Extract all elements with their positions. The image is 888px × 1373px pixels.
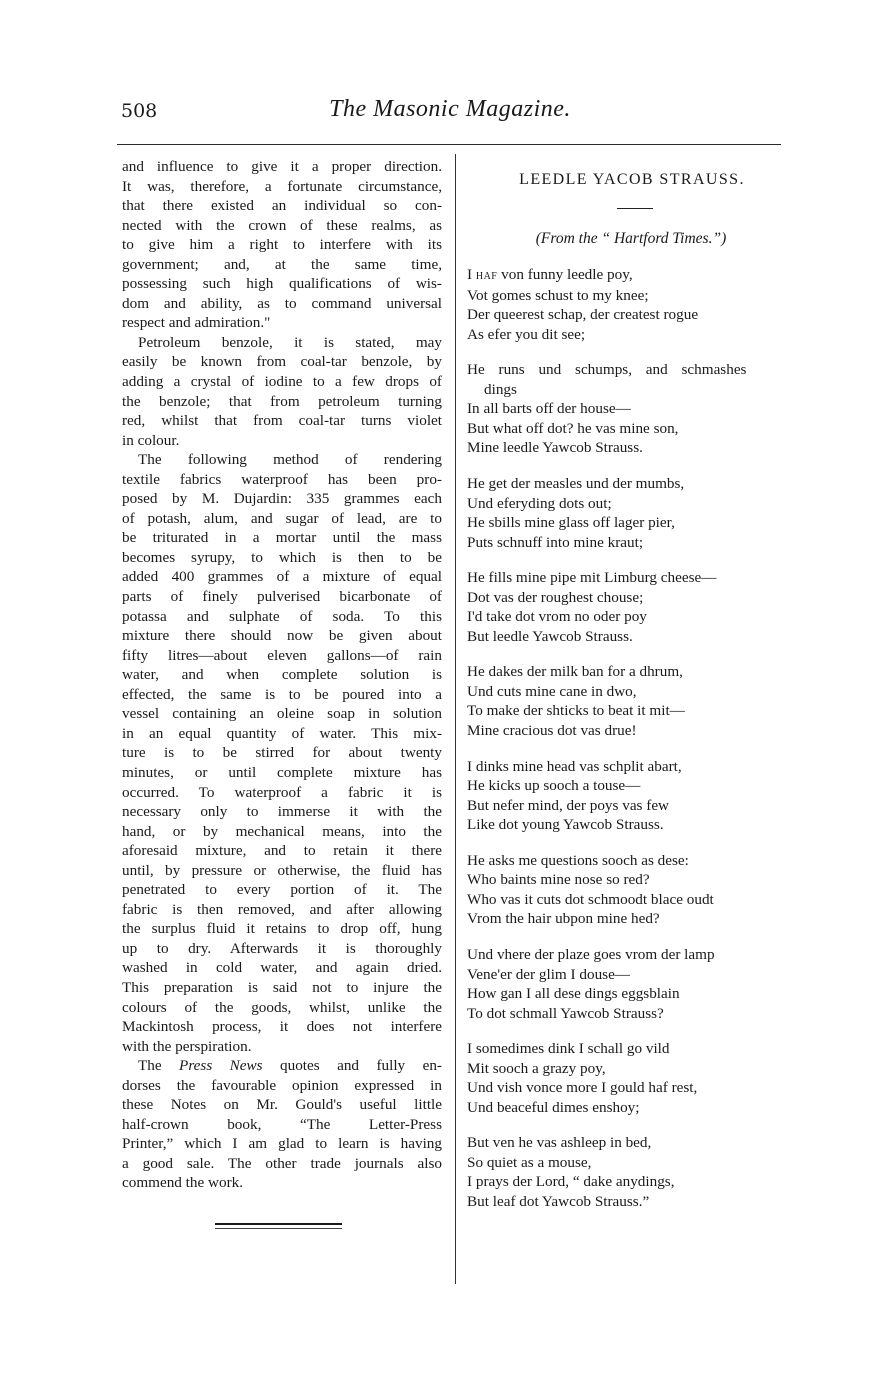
poem-line: Like dot young Yawcob Strauss. xyxy=(467,815,787,835)
text-line: parts of finely pulverised bicarbonate o… xyxy=(122,587,442,607)
poem-line: Vene'er der glim I douse— xyxy=(467,965,787,985)
text-line: The Press News quotes and fully en- xyxy=(122,1056,442,1076)
poem-line: Und cuts mine cane in dwo, xyxy=(467,682,787,702)
poem-line: I prays der Lord, “ dake anydings, xyxy=(467,1172,787,1192)
text-line: ture is to be stirred for about twenty xyxy=(122,743,442,763)
poem-line: In all barts off der house— xyxy=(467,399,787,419)
poem-line: He kicks up sooch a touse— xyxy=(467,776,787,796)
poem-line: But leaf dot Yawcob Strauss.” xyxy=(467,1192,787,1212)
text-line: Petroleum benzole, it is stated, may xyxy=(122,333,442,353)
text-line: easily be known from coal-tar benzole, b… xyxy=(122,352,442,372)
stanza: Und vhere der plaze goes vrom der lampVe… xyxy=(467,945,787,1023)
text-line: these Notes on Mr. Gould's useful little xyxy=(122,1095,442,1115)
poem-line: Und vish vonce more I gould haf rest, xyxy=(467,1078,787,1098)
poem-line: I haf von funny leedle poy, xyxy=(467,265,787,286)
poem-line: He asks me questions sooch as dese: xyxy=(467,851,787,871)
text-line: fabric is then removed, and after allowi… xyxy=(122,900,442,920)
text-line: Printer,” which I am glad to learn is ha… xyxy=(122,1134,442,1154)
text-line: minutes, or until complete mixture has xyxy=(122,763,442,783)
poem-line: dings xyxy=(467,380,787,400)
poem-line: But what off dot? he vas mine son, xyxy=(467,419,787,439)
text-line: in an equal quantity of water. This mix- xyxy=(122,724,442,744)
text-line: the surplus fluid it retains to drop off… xyxy=(122,919,442,939)
text-line: dorses the favourable opinion expressed … xyxy=(122,1076,442,1096)
stanza: He dakes der milk ban for a dhrum,Und cu… xyxy=(467,662,787,740)
end-rule-thick xyxy=(215,1223,342,1225)
text-line: fifty litres—about eleven gallons—of rai… xyxy=(122,646,442,666)
text-line: government; and, at the same time, xyxy=(122,255,442,275)
poem-line: Vot gomes schust to my knee; xyxy=(467,286,787,306)
text-line: The following method of rendering xyxy=(122,450,442,470)
text-line: added 400 grammes of a mixture of equal xyxy=(122,567,442,587)
poem-line: I'd take dot vrom no oder poy xyxy=(467,607,787,627)
poem-line: So quiet as a mouse, xyxy=(467,1153,787,1173)
page-number: 508 xyxy=(121,100,157,122)
poem-line: Mine cracious dot vas drue! xyxy=(467,721,787,741)
right-column: LEEDLE YACOB STRAUSS. (From the “ Hartfo… xyxy=(467,170,787,1212)
text-line: becomes syrupy, to which is then to be xyxy=(122,548,442,568)
text-line: effected, the same is to be poured into … xyxy=(122,685,442,705)
text-line: vessel containing an oleine soap in solu… xyxy=(122,704,442,724)
text-line: a good sale. The other trade journals al… xyxy=(122,1154,442,1174)
poem-line: To make der shticks to beat it mit— xyxy=(467,701,787,721)
text-line: It was, therefore, a fortunate circumsta… xyxy=(122,177,442,197)
poem-line: To dot schmall Yawcob Strauss? xyxy=(467,1004,787,1024)
text-line: until, by pressure or otherwise, the flu… xyxy=(122,861,442,881)
text-line: adding a crystal of iodine to a few drop… xyxy=(122,372,442,392)
stanza: He asks me questions sooch as dese:Who b… xyxy=(467,851,787,929)
poem-line: Who vas it cuts dot schmoodt blace oudt xyxy=(467,890,787,910)
paragraph: The Press News quotes and fully en-dorse… xyxy=(122,1056,442,1193)
text-line: of potash, alum, and sugar of lead, are … xyxy=(122,509,442,529)
poem-line: Und vhere der plaze goes vrom der lamp xyxy=(467,945,787,965)
paragraph: and influence to give it a proper direct… xyxy=(122,157,442,333)
paragraph: The following method of renderingtextile… xyxy=(122,450,442,1056)
smallcaps-word: haf xyxy=(476,268,498,283)
poem-line: But leedle Yawcob Strauss. xyxy=(467,627,787,647)
poem-line: Und eferyding dots out; xyxy=(467,494,787,514)
poem-line: He dakes der milk ban for a dhrum, xyxy=(467,662,787,682)
poem-line: Der queerest schap, der createst rogue xyxy=(467,305,787,325)
text-line: necessary only to immerse it with the xyxy=(122,802,442,822)
text-line: Mackintosh process, it does not interfer… xyxy=(122,1017,442,1037)
paragraph: Petroleum benzole, it is stated, mayeasi… xyxy=(122,333,442,450)
text-line: textile fabrics waterproof has been pro- xyxy=(122,470,442,490)
poem-line: He sbills mine glass off lager pier, xyxy=(467,513,787,533)
poem-line: He runs und schumps, and schmashes xyxy=(467,360,787,380)
poem-source: (From the “ Hartford Times.”) xyxy=(475,229,787,249)
poem-line: Dot vas der roughest chouse; xyxy=(467,588,787,608)
poem-line: Vrom the hair ubpon mine hed? xyxy=(467,909,787,929)
text-line: aforesaid mixture, and to retain it ther… xyxy=(122,841,442,861)
text-line: that there existed an individual so con- xyxy=(122,196,442,216)
column-divider xyxy=(455,154,456,1284)
stanza: I haf von funny leedle poy,Vot gomes sch… xyxy=(467,265,787,344)
left-column: and influence to give it a proper direct… xyxy=(122,157,442,1193)
poem-line: I dinks mine head vas schplit abart, xyxy=(467,757,787,777)
poem-line: Mine leedle Yawcob Strauss. xyxy=(467,438,787,458)
italic-title: Press News xyxy=(179,1057,263,1074)
stanza: He fills mine pipe mit Limburg cheese—Do… xyxy=(467,568,787,646)
article-end-rule xyxy=(215,1223,342,1229)
text-line: dom and ability, as to command universal xyxy=(122,294,442,314)
text-line: nected with the crown of these realms, a… xyxy=(122,216,442,236)
text-line: to give him a right to interfere with it… xyxy=(122,235,442,255)
poem-line: But nefer mind, der poys vas few xyxy=(467,796,787,816)
stanza: But ven he vas ashleep in bed,So quiet a… xyxy=(467,1133,787,1211)
text-line: half-crown book, “The Letter-Press xyxy=(122,1115,442,1135)
poem-line: I somedimes dink I schall go vild xyxy=(467,1039,787,1059)
header-rule xyxy=(117,144,781,145)
poem-line: As efer you dit see; xyxy=(467,325,787,345)
text-line: hand, or by mechanical means, into the xyxy=(122,822,442,842)
text-line: colours of the goods, whilst, unlike the xyxy=(122,998,442,1018)
poem-line: He fills mine pipe mit Limburg cheese— xyxy=(467,568,787,588)
text-line: red, whilst that from coal-tar turns vio… xyxy=(122,411,442,431)
poem-line: He get der measles und der mumbs, xyxy=(467,474,787,494)
text-line: possessing such high qualifications of w… xyxy=(122,274,442,294)
text-line: with the perspiration. xyxy=(122,1037,442,1057)
text-line: be triturated in a mortar until the mass xyxy=(122,528,442,548)
poem-title: LEEDLE YACOB STRAUSS. xyxy=(477,170,787,190)
poem-line: Und beaceful dimes enshoy; xyxy=(467,1098,787,1118)
poem-line: Mit sooch a grazy poy, xyxy=(467,1059,787,1079)
poem-line: Puts schnuff into mine kraut; xyxy=(467,533,787,553)
text-line: occurred. To waterproof a fabric it is xyxy=(122,783,442,803)
title-rule xyxy=(617,208,653,209)
text-line: up to dry. Afterwards it is thoroughly xyxy=(122,939,442,959)
text-line: and influence to give it a proper direct… xyxy=(122,157,442,177)
poem-line: Who baints mine nose so red? xyxy=(467,870,787,890)
text-line: commend the work. xyxy=(122,1173,442,1193)
poem-body: I haf von funny leedle poy,Vot gomes sch… xyxy=(467,265,787,1211)
text-line: in colour. xyxy=(122,431,442,451)
stanza: He get der measles und der mumbs,Und efe… xyxy=(467,474,787,552)
text-line: This preparation is said not to injure t… xyxy=(122,978,442,998)
text-line: mixture there should now be given about xyxy=(122,626,442,646)
text-line: posed by M. Dujardin: 335 grammes each xyxy=(122,489,442,509)
stanza: He runs und schumps, and schmashesdingsI… xyxy=(467,360,787,458)
text-line: potassa and sulphate of soda. To this xyxy=(122,607,442,627)
poem-line: How gan I all dese dings eggsblain xyxy=(467,984,787,1004)
text-line: penetrated to every portion of it. The xyxy=(122,880,442,900)
running-title: The Masonic Magazine. xyxy=(300,96,600,123)
stanza: I dinks mine head vas schplit abart,He k… xyxy=(467,757,787,835)
text-line: washed in cold water, and again dried. xyxy=(122,958,442,978)
text-line: the benzole; that from petroleum turning xyxy=(122,392,442,412)
text-line: respect and admiration." xyxy=(122,313,442,333)
text-line: water, and when complete solution is xyxy=(122,665,442,685)
end-rule-thin xyxy=(215,1228,342,1229)
stanza: I somedimes dink I schall go vildMit soo… xyxy=(467,1039,787,1117)
poem-line: But ven he vas ashleep in bed, xyxy=(467,1133,787,1153)
